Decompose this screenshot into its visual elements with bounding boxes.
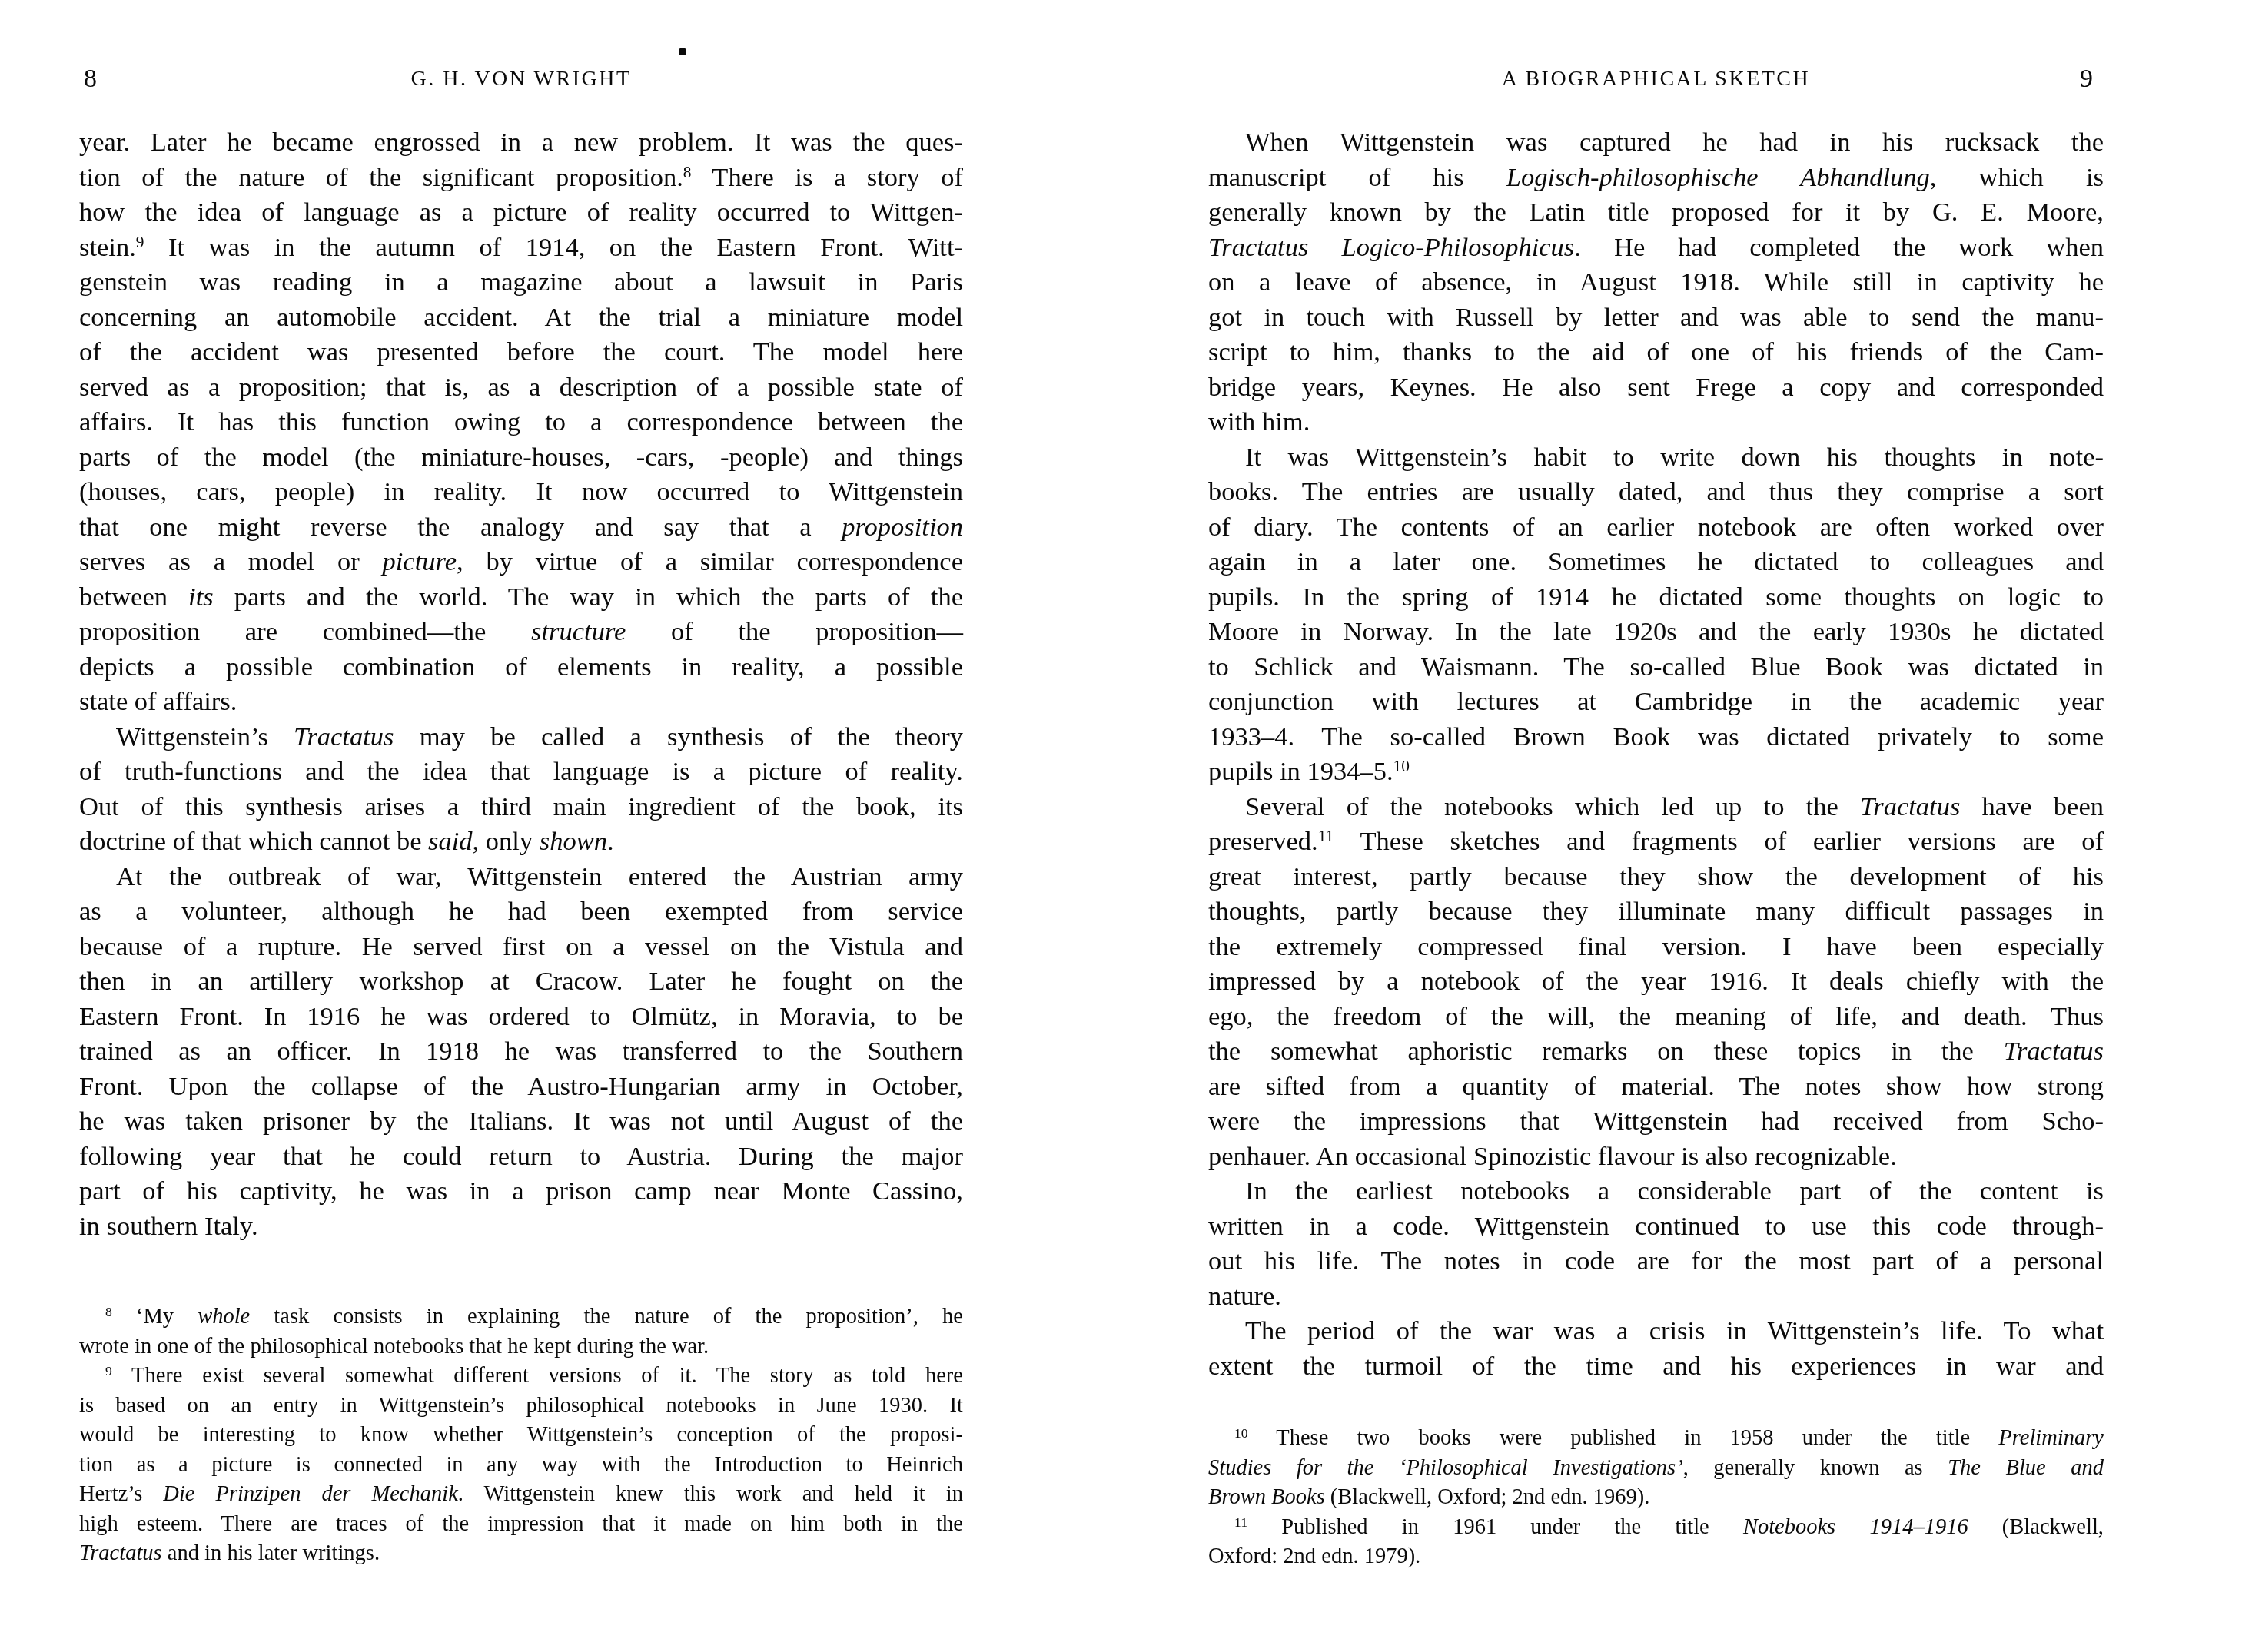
text-run: following year that he could return to A… [79,1142,963,1171]
text-line: conjunction with lectures at Cambridge i… [1208,685,2104,720]
text-line: Eastern Front. In 1916 he was ordered to… [79,1000,963,1035]
text-line: tion of the nature of the significant pr… [79,161,963,196]
text-line: nature. [1208,1279,2104,1315]
text-line: great interest, partly because they show… [1208,860,2104,895]
text-run: pupils. In the spring of 1914 he dictate… [1208,582,2104,612]
book-spread: { "colors": { "paper": "#ffffff", "ink":… [0,0,2242,1652]
text-line: script to him, thanks to the aid of one … [1208,335,2104,370]
text-line: year. Later he became engrossed in a new… [79,125,963,161]
text-line: 9 There exist several somewhat different… [79,1362,963,1392]
text-run: state of affairs. [79,687,237,716]
text-line: would be interesting to know whether Wit… [79,1421,963,1451]
text-line: genstein was reading in a magazine about… [79,265,963,300]
text-run: Oxford: 2nd edn. 1979). [1208,1544,1420,1568]
text-run: have been [1960,792,2104,821]
paragraph: Several of the notebooks which led up to… [1208,790,2104,1175]
text-run: ‘My [112,1305,198,1329]
text-run: because of a rupture. He served first on… [79,932,963,961]
text-run: bridge years, Keynes. He also sent Frege… [1208,373,2104,402]
footnote-marker: 8 [105,1304,112,1319]
text-line: are sifted from a quantity of material. … [1208,1070,2104,1105]
text-run: , which is [1930,163,2104,192]
text-run: , by virtue of a similar correspondence [457,547,963,576]
text-run: out his life. The notes in code are for … [1208,1246,2104,1275]
text-run: served as a proposition; that is, as a d… [79,373,963,402]
text-run: then in an artillery workshop at Cracow.… [79,967,963,996]
text-run: (houses, cars, people) in reality. It no… [79,477,963,506]
italic-text-run: Notebooks 1914–1916 [1743,1515,1968,1539]
page-header: A BIOGRAPHICAL SKETCH 9 [1208,63,2104,95]
text-line: Hertz’s Die Prinzipen der Mechanik. Witt… [79,1480,963,1510]
page-header: 8 G. H. VON WRIGHT [79,63,963,95]
text-line: that one might reverse the analogy and s… [79,510,963,546]
text-run: year. Later he became engrossed in a new… [79,128,963,157]
text-run: Hertz’s [79,1482,163,1506]
text-run: written in a code. Wittgenstein continue… [1208,1212,2104,1241]
text-line: The period of the war was a crisis in Wi… [1208,1314,2104,1349]
italic-text-run: Tractatus [294,722,394,751]
text-run: . Wittgenstein knew this work and held i… [458,1482,963,1506]
text-run: of diary. The contents of an earlier not… [1208,513,2104,542]
text-run: again in a later one. Sometimes he dicta… [1208,547,2104,576]
text-line: affairs. It has this function owing to a… [79,405,963,440]
text-line: 8 ‘My whole task consists in explaining … [79,1302,963,1332]
text-run: as a volunteer, although he had been exe… [79,897,963,926]
text-line: serves as a model or picture, by virtue … [79,545,963,580]
text-line: of the accident was presented before the… [79,335,963,370]
text-run: and in his later writings. [162,1541,380,1565]
text-run: may be called a synthesis of the theory [394,722,963,751]
text-run: Moore in Norway. In the late 1920s and t… [1208,617,2104,646]
text-run: parts of the model (the miniature-houses… [79,443,963,472]
text-run: At the outbreak of war, Wittgenstein ent… [116,862,963,891]
text-run: part of his captivity, he was in a priso… [79,1176,963,1206]
text-run: parts and the world. The way in which th… [214,582,963,612]
text-run: , only [473,827,540,856]
text-line: Moore in Norway. In the late 1920s and t… [1208,615,2104,650]
text-line: got in touch with Russell by letter and … [1208,300,2104,336]
text-run: Published in 1961 under the title [1247,1515,1743,1539]
text-run: of the proposition— [626,617,963,646]
text-run: on a leave of absence, in August 1918. W… [1208,267,2104,297]
text-run: extent the turmoil of the time and his e… [1208,1352,2104,1381]
text-run: of the accident was presented before the… [79,337,963,367]
paragraph: It was Wittgenstein’s habit to write dow… [1208,440,2104,790]
text-line: pupils in 1934–5.10 [1208,755,2104,790]
text-line: following year that he could return to A… [79,1139,963,1175]
paragraph: Wittgenstein’s Tractatus may be called a… [79,720,963,860]
paragraph: When Wittgenstein was captured he had in… [1208,125,2104,440]
text-line: 11 Published in 1961 under the title Not… [1208,1513,2104,1543]
footnote-marker: 11 [1318,827,1334,845]
text-run: These two books were published in 1958 u… [1248,1426,1999,1450]
text-line: thoughts, partly because they illuminate… [1208,894,2104,930]
right-page: A BIOGRAPHICAL SKETCH 9 When Wittgenstei… [1208,0,2104,1652]
text-run: It was in the autumn of 1914, on the Eas… [144,233,963,262]
running-head: G. H. VON WRIGHT [79,63,963,95]
text-run: stein. [79,233,136,262]
text-line: tion as a picture is connected in any wa… [79,1451,963,1481]
text-run: tion as a picture is connected in any wa… [79,1453,963,1477]
paragraph: At the outbreak of war, Wittgenstein ent… [79,860,963,1245]
text-line: he was taken prisoner by the Italians. I… [79,1104,963,1139]
text-run: penhauer. An occasional Spinozistic flav… [1208,1142,1897,1171]
text-line: were the impressions that Wittgenstein h… [1208,1104,2104,1139]
text-line: the extremely compressed final version. … [1208,930,2104,965]
text-run: were the impressions that Wittgenstein h… [1208,1106,2104,1136]
italic-text-run: Tractatus [1860,792,1960,821]
text-run: that one might reverse the analogy and s… [79,513,842,542]
text-run: script to him, thanks to the aid of one … [1208,337,2104,367]
text-line: again in a later one. Sometimes he dicta… [1208,545,2104,580]
italic-text-run: picture [383,547,457,576]
page-body: When Wittgenstein was captured he had in… [1208,125,2104,1384]
text-line: depicts a possible combination of elemen… [79,650,963,685]
text-line: pupils. In the spring of 1914 he dictate… [1208,580,2104,615]
italic-text-run: Tractatus Logico-Philosophicus [1208,233,1574,262]
italic-text-run: Tractatus [79,1541,162,1565]
text-line: high esteem. There are traces of the imp… [79,1510,963,1540]
text-run: There exist several somewhat different v… [112,1364,963,1388]
italic-text-run: Preliminary [1998,1426,2104,1450]
text-line: Tractatus Logico-Philosophicus. He had c… [1208,231,2104,266]
text-line: manuscript of his Logisch-philosophische… [1208,161,2104,196]
text-run: the somewhat aphoristic remarks on these… [1208,1037,2004,1066]
italic-text-run: proposition [842,513,963,542]
text-line: impressed by a notebook of the year 1916… [1208,964,2104,1000]
text-line: Studies for the ‘Philosophical Investiga… [1208,1454,2104,1484]
paragraph: year. Later he became engrossed in a new… [79,125,963,720]
italic-text-run: shown [540,827,607,856]
text-run: The period of the war was a crisis in Wi… [1245,1316,2104,1345]
text-line: with him. [1208,405,2104,440]
text-line: Several of the notebooks which led up to… [1208,790,2104,825]
text-run: Out of this synthesis arises a third mai… [79,792,963,821]
text-run: (Blackwell, Oxford; 2nd edn. 1969). [1325,1485,1650,1509]
text-run: how the idea of language as a picture of… [79,197,963,227]
text-run: the extremely compressed final version. … [1208,932,2104,961]
text-run: Front. Upon the collapse of the Austro-H… [79,1072,963,1101]
page-body: year. Later he became engrossed in a new… [79,125,963,1244]
text-run: Eastern Front. In 1916 he was ordered to… [79,1002,963,1031]
footnote-marker: 9 [136,233,144,251]
text-line: 1933–4. The so-called Brown Book was dic… [1208,720,2104,755]
text-run: with him. [1208,407,1310,436]
text-run: thoughts, partly because they illuminate… [1208,897,2104,926]
text-line: in southern Italy. [79,1209,963,1245]
page-number: 8 [84,63,97,95]
text-run: would be interesting to know whether Wit… [79,1423,963,1447]
text-line: Out of this synthesis arises a third mai… [79,790,963,825]
text-line: It was Wittgenstein’s habit to write dow… [1208,440,2104,476]
footnotes: 8 ‘My whole task consists in explaining … [79,1302,963,1569]
text-run: books. The entries are usually dated, an… [1208,477,2104,506]
text-run: between [79,582,188,612]
text-line: out his life. The notes in code are for … [1208,1244,2104,1279]
text-line: (houses, cars, people) in reality. It no… [79,475,963,510]
text-line: preserved.11 These sketches and fragment… [1208,824,2104,860]
text-run: proposition are combined—the [79,617,531,646]
text-line: between its parts and the world. The way… [79,580,963,615]
text-line: written in a code. Wittgenstein continue… [1208,1209,2104,1245]
text-run: . He had completed the work when [1574,233,2104,262]
text-run: tion of the nature of the significant pr… [79,163,683,192]
text-line: doctrine of that which cannot be said, o… [79,824,963,860]
text-run: (Blackwell, [1968,1515,2104,1539]
footnote-marker: 10 [1393,757,1410,775]
text-line: When Wittgenstein was captured he had in… [1208,125,2104,161]
text-run: serves as a model or [79,547,383,576]
text-run: It was Wittgenstein’s habit to write dow… [1245,443,2104,472]
text-run: These sketches and fragments of earlier … [1334,827,2104,856]
footnote: 8 ‘My whole task consists in explaining … [79,1302,963,1362]
footnotes: 10 These two books were published in 195… [1208,1424,2104,1572]
text-run: genstein was reading in a magazine about… [79,267,963,297]
italic-text-run: Tractatus [2004,1037,2104,1066]
text-run: In the earliest notebooks a considerable… [1245,1176,2104,1206]
footnote-marker: 8 [683,163,692,181]
footnote-marker: 11 [1234,1514,1247,1530]
text-line: how the idea of language as a picture of… [79,195,963,231]
italic-text-run: Logisch-philosophische Abhandlung [1506,163,1930,192]
page-number: 9 [2080,63,2093,95]
text-run: is based on an entry in Wittgenstein’s p… [79,1394,963,1418]
text-line: state of affairs. [79,685,963,720]
text-line: of diary. The contents of an earlier not… [1208,510,2104,546]
text-run: to Schlick and Waismann. The so-called B… [1208,652,2104,682]
italic-text-run: Studies for the ‘Philosophical Investiga… [1208,1456,1683,1480]
footnote: 10 These two books were published in 195… [1208,1424,2104,1513]
italic-text-run: said [428,827,473,856]
text-run: manuscript of his [1208,163,1506,192]
text-line: is based on an entry in Wittgenstein’s p… [79,1392,963,1421]
italic-text-run: whole [198,1305,250,1329]
text-line: trained as an officer. In 1918 he was tr… [79,1034,963,1070]
text-line: generally known by the Latin title propo… [1208,195,2104,231]
text-run: wrote in one of the philosophical notebo… [79,1335,709,1358]
text-line: bridge years, Keynes. He also sent Frege… [1208,370,2104,406]
text-line: wrote in one of the philosophical notebo… [79,1332,963,1362]
italic-text-run: its [188,582,214,612]
text-line: because of a rupture. He served first on… [79,930,963,965]
text-line: In the earliest notebooks a considerable… [1208,1174,2104,1209]
footnote: 9 There exist several somewhat different… [79,1362,963,1569]
text-line: Front. Upon the collapse of the Austro-H… [79,1070,963,1105]
italic-text-run: Die Prinzipen der Mechanik [163,1482,457,1506]
text-line: books. The entries are usually dated, an… [1208,475,2104,510]
text-line: 10 These two books were published in 195… [1208,1424,2104,1454]
text-line: Brown Books (Blackwell, Oxford; 2nd edn.… [1208,1483,2104,1513]
text-line: the somewhat aphoristic remarks on these… [1208,1034,2104,1070]
text-run: There is a story of [691,163,963,192]
footnote-marker: 9 [105,1363,112,1378]
text-line: as a volunteer, although he had been exe… [79,894,963,930]
text-run: high esteem. There are traces of the imp… [79,1512,963,1536]
text-line: of truth-functions and the idea that lan… [79,755,963,790]
text-run: concerning an automobile accident. At th… [79,303,963,332]
text-run: 1933–4. The so-called Brown Book was dic… [1208,722,2104,751]
text-run: Wittgenstein’s [116,722,294,751]
text-line: served as a proposition; that is, as a d… [79,370,963,406]
footnote-marker: 10 [1234,1425,1248,1441]
text-run: in southern Italy. [79,1212,258,1241]
text-run: affairs. It has this function owing to a… [79,407,963,436]
running-head: A BIOGRAPHICAL SKETCH [1208,63,2104,95]
text-run: nature. [1208,1282,1281,1311]
text-run: doctrine of that which cannot be [79,827,428,856]
text-run: Several of the notebooks which led up to… [1245,792,1860,821]
text-line: extent the turmoil of the time and his e… [1208,1349,2104,1385]
text-line: Oxford: 2nd edn. 1979). [1208,1542,2104,1572]
text-run: , generally known as [1683,1456,1948,1480]
text-run: great interest, partly because they show… [1208,862,2104,891]
text-run: preserved. [1208,827,1318,856]
text-run: of truth-functions and the idea that lan… [79,757,963,786]
text-run: . [607,827,614,856]
text-run: depicts a possible combination of elemen… [79,652,963,682]
text-run: task consists in explaining the nature o… [250,1305,963,1329]
text-line: At the outbreak of war, Wittgenstein ent… [79,860,963,895]
text-line: Tractatus and in his later writings. [79,1539,963,1569]
text-line: then in an artillery workshop at Cracow.… [79,964,963,1000]
text-run: conjunction with lectures at Cambridge i… [1208,687,2104,716]
italic-text-run: structure [531,617,626,646]
text-line: stein.9 It was in the autumn of 1914, on… [79,231,963,266]
left-page: 8 G. H. VON WRIGHT year. Later he became… [79,0,963,1652]
text-line: ego, the freedom of the will, the meanin… [1208,1000,2104,1035]
text-run: are sifted from a quantity of material. … [1208,1072,2104,1101]
text-line: parts of the model (the miniature-houses… [79,440,963,476]
text-run: generally known by the Latin title propo… [1208,197,2104,227]
text-line: penhauer. An occasional Spinozistic flav… [1208,1139,2104,1175]
text-run: trained as an officer. In 1918 he was tr… [79,1037,963,1066]
paragraph: In the earliest notebooks a considerable… [1208,1174,2104,1314]
text-line: to Schlick and Waismann. The so-called B… [1208,650,2104,685]
text-run: he was taken prisoner by the Italians. I… [79,1106,963,1136]
text-run: impressed by a notebook of the year 1916… [1208,967,2104,996]
text-line: part of his captivity, he was in a priso… [79,1174,963,1209]
text-run: When Wittgenstein was captured he had in… [1245,128,2104,157]
text-line: Wittgenstein’s Tractatus may be called a… [79,720,963,755]
text-run: ego, the freedom of the will, the meanin… [1208,1002,2104,1031]
text-line: on a leave of absence, in August 1918. W… [1208,265,2104,300]
text-run: pupils in 1934–5. [1208,757,1393,786]
text-line: concerning an automobile accident. At th… [79,300,963,336]
italic-text-run: Brown Books [1208,1485,1325,1509]
text-line: proposition are combined—the structure o… [79,615,963,650]
text-run: got in touch with Russell by letter and … [1208,303,2104,332]
italic-text-run: The Blue and [1948,1456,2104,1480]
footnote: 11 Published in 1961 under the title Not… [1208,1513,2104,1572]
paragraph: The period of the war was a crisis in Wi… [1208,1314,2104,1384]
